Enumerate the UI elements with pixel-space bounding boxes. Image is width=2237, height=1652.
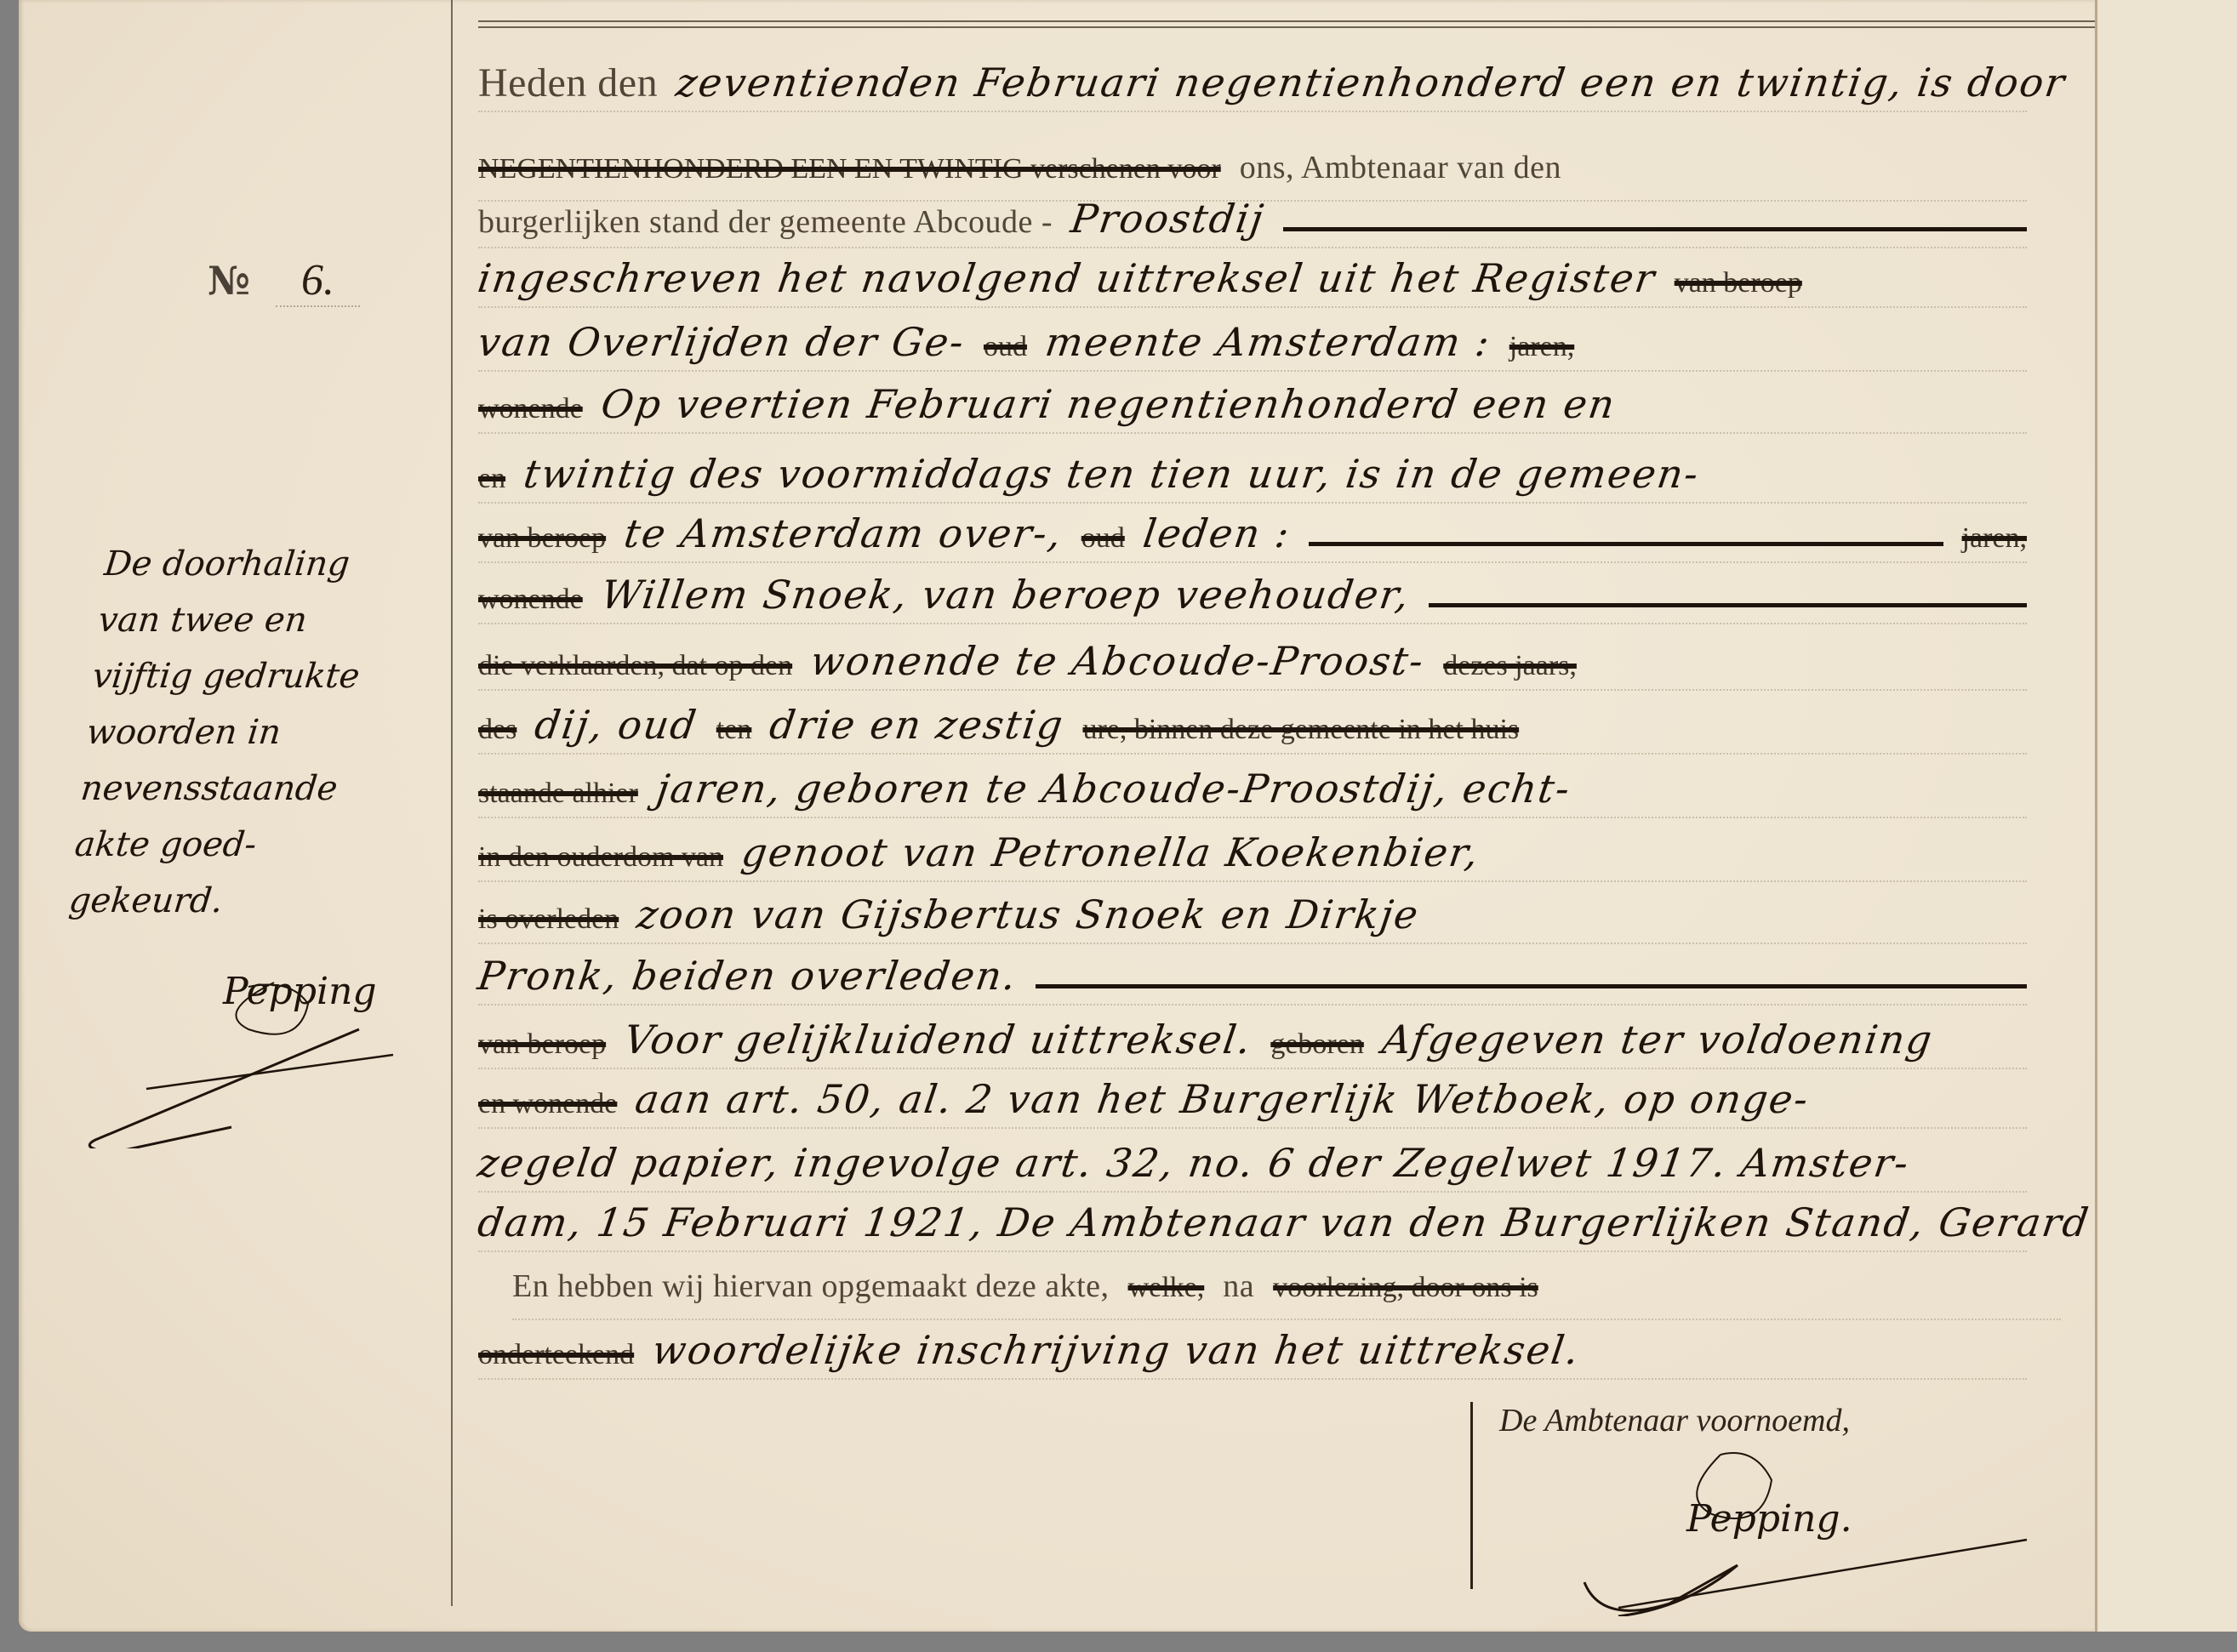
printed-text: ons, Ambtenaar van den — [1240, 149, 1561, 186]
record-line: Heden denzeventienden Februari negentien… — [478, 60, 2027, 112]
register-page: № 6. De doorhaling van twee en vijftig g… — [19, 0, 2095, 1632]
record-line: staande alhierjaren, geboren te Abcoude-… — [478, 766, 2027, 818]
struck-printed-text: jaren, — [1509, 331, 1574, 363]
handwritten-text: jaren, geboren te Abcoude-Proostdij, ech… — [653, 766, 1574, 812]
margin-signature-flourish — [78, 978, 436, 1148]
header-double-rule — [478, 20, 2095, 28]
margin-note-line: van twee en — [95, 592, 459, 648]
record-line: onderteekendwoordelijke inschrijving van… — [478, 1327, 2027, 1380]
struck-printed-text: wonende — [478, 393, 583, 425]
record-line: NEGENTIENHONDERD EEN EN TWINTIG verschen… — [478, 149, 2027, 202]
struck-printed-text: des — [478, 714, 516, 746]
fill-rule — [1283, 227, 2027, 231]
fill-rule — [1309, 542, 1943, 546]
margin-annotation: De doorhaling van twee en vijftig gedruk… — [66, 536, 465, 929]
record-line: en wonendeaan art. 50, al. 2 van het Bur… — [478, 1076, 2027, 1129]
handwritten-text: Pronk, beiden overleden. — [475, 953, 1020, 999]
struck-printed-text: staande alhier — [478, 778, 638, 810]
struck-printed-text: die verklaarden, dat op den — [478, 650, 792, 682]
printed-text: burgerlijken stand der gemeente Abcoude … — [478, 203, 1053, 241]
handwritten-text: drie en zestig — [768, 702, 1068, 748]
struck-printed-text: geboren — [1270, 1028, 1364, 1061]
signature-bracket — [1470, 1402, 1473, 1589]
fill-rule — [1429, 603, 2027, 607]
struck-printed-text: is overleden — [478, 903, 619, 936]
closing-signature-flourish — [1567, 1446, 2044, 1616]
struck-printed-text: oud — [984, 331, 1027, 363]
handwritten-text: genoot van Petronella Koekenbier, — [739, 829, 1482, 875]
closing-label: De Ambtenaar voornoemd, — [1499, 1402, 1850, 1439]
printed-text: En hebben wij hiervan opgemaakt deze akt… — [512, 1267, 1110, 1305]
record-line: burgerlijken stand der gemeente Abcoude … — [478, 196, 2027, 248]
handwritten-text: Proostdij — [1068, 196, 1267, 242]
struck-printed-text: en wonende — [478, 1088, 617, 1120]
margin-note-line: gekeurd. — [66, 873, 430, 929]
record-line: is overledenzoon van Gijsbertus Snoek en… — [478, 892, 2027, 944]
struck-printed-text: ten — [716, 714, 752, 746]
struck-printed-text: van beroep — [478, 1028, 606, 1061]
record-line: entwintig des voormiddags ten tien uur, … — [478, 451, 2027, 504]
record-line: van beroepVoor gelijkluidend uittreksel.… — [478, 1017, 2027, 1069]
printed-text: na — [1223, 1267, 1254, 1305]
struck-printed-text: van beroep — [478, 522, 606, 555]
margin-note-line: De doorhaling — [101, 536, 465, 592]
fill-rule — [1036, 984, 2027, 988]
handwritten-text: van Overlijden der Ge- — [475, 319, 968, 365]
record-line: wonendeWillem Snoek, van beroep veehoude… — [478, 572, 2027, 624]
printed-text: Heden den — [478, 60, 658, 106]
handwritten-text: aan art. 50, al. 2 van het Burgerlijk We… — [633, 1076, 1813, 1122]
record-line: ingeschreven het navolgend uittreksel ui… — [478, 255, 2027, 308]
margin-divider-line — [451, 0, 453, 1606]
handwritten-text: zegeld papier, ingevolge art. 32, no. 6 … — [475, 1140, 1913, 1186]
handwritten-text: meente Amsterdam : — [1042, 319, 1493, 365]
struck-printed-text: van beroep — [1675, 267, 1802, 299]
handwritten-text: woordelijke inschrijving van het uittrek… — [649, 1327, 1583, 1373]
handwritten-text: te Amsterdam over-, — [621, 510, 1065, 556]
handwritten-text: ingeschreven het navolgend uittreksel ui… — [475, 255, 1658, 301]
struck-printed-text: welke, — [1128, 1272, 1205, 1304]
record-line: desdij, oudtendrie en zestigure, binnen … — [478, 702, 2027, 755]
struck-printed-text: in den ouderdom van — [478, 841, 723, 874]
record-line: in den ouderdom vangenoot van Petronella… — [478, 829, 2027, 882]
struck-printed-text: wonende — [478, 584, 583, 616]
handwritten-text: dij, oud — [533, 702, 701, 748]
facing-page-edge — [2095, 0, 2237, 1632]
margin-note-line: nevensstaande — [78, 760, 442, 817]
handwritten-text: Afgegeven ter voldoening — [1379, 1017, 1936, 1062]
handwritten-text: zoon van Gijsbertus Snoek en Dirkje — [634, 892, 1422, 937]
struck-printed-text: NEGENTIENHONDERD EEN EN TWINTIG verschen… — [478, 153, 1221, 185]
record-line: die verklaarden, dat op denwonende te Ab… — [478, 638, 2027, 691]
handwritten-text: zeventienden Februari negentienhonderd e… — [673, 60, 2069, 105]
margin-note-line: woorden in — [84, 704, 448, 760]
record-number: № 6. — [208, 255, 360, 307]
record-line: Pronk, beiden overleden. — [478, 953, 2027, 1005]
margin-note-line: vijftig gedrukte — [89, 648, 453, 704]
handwritten-text: wonende te Abcoude-Proost- — [807, 638, 1428, 684]
margin-note-line: akte goed- — [72, 817, 436, 873]
handwritten-text: Willem Snoek, van beroep veehouder, — [598, 572, 1413, 618]
struck-printed-text: onderteekend — [478, 1339, 634, 1371]
record-line: dam, 15 Februari 1921, De Ambtenaar van … — [478, 1199, 2027, 1252]
struck-printed-text: voorlezing, door ons is — [1273, 1272, 1538, 1304]
handwritten-text: dam, 15 Februari 1921, De Ambtenaar van … — [475, 1199, 2237, 1245]
handwritten-text: Op veertien Februari negentienhonderd ee… — [598, 381, 1618, 427]
number-sign: № — [208, 258, 250, 304]
handwritten-text: leden : — [1140, 510, 1293, 556]
record-line: En hebben wij hiervan opgemaakt deze akt… — [512, 1267, 2061, 1320]
struck-printed-text: en — [478, 463, 505, 495]
struck-printed-text: oud — [1081, 522, 1125, 555]
struck-printed-text: jaren, — [1962, 522, 2027, 555]
struck-printed-text: dezes jaars, — [1443, 650, 1577, 682]
handwritten-text: Voor gelijkluidend uittreksel. — [621, 1017, 1255, 1062]
handwritten-text: twintig des voormiddags ten tien uur, is… — [521, 451, 1703, 497]
record-line: van Overlijden der Ge-oudmeente Amsterda… — [478, 319, 2027, 372]
record-line: van beroepte Amsterdam over-,oudleden :j… — [478, 510, 2027, 563]
number-value: 6. — [276, 255, 360, 307]
record-line: zegeld papier, ingevolge art. 32, no. 6 … — [478, 1140, 2027, 1193]
record-line: wonendeOp veertien Februari negentienhon… — [478, 381, 2027, 434]
struck-printed-text: ure, binnen deze gemeente in het huis — [1082, 714, 1519, 746]
